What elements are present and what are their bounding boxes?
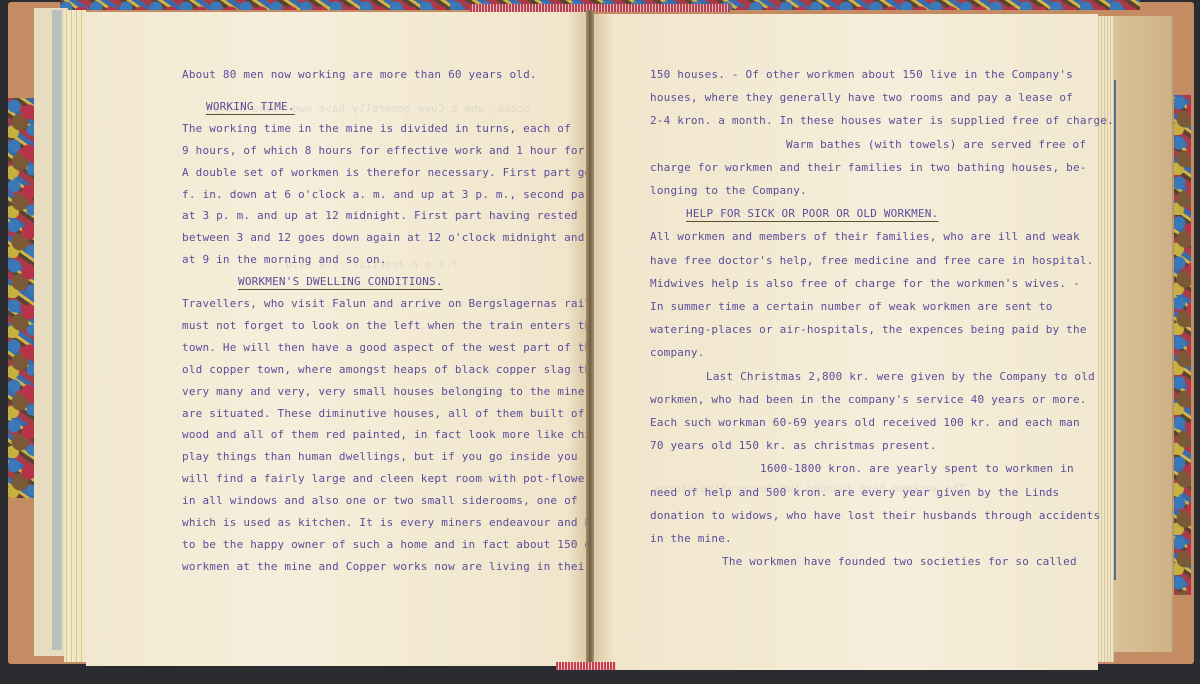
text-line: Travellers, who visit Falun and arrive o… (182, 297, 619, 311)
text-line: must not forget to look on the left when… (182, 319, 598, 333)
text-line: old copper town, where amongst heaps of … (182, 363, 598, 377)
section-heading: HELP FOR SICK OR POOR OR OLD WORKMEN. (686, 207, 938, 221)
headband-bottom (556, 662, 616, 670)
text-line: very many and very, very small houses be… (182, 385, 598, 399)
text-line: donation to widows, who have lost their … (650, 509, 1100, 523)
text-line: between 3 and 12 goes down again at 12 o… (182, 231, 605, 245)
right-page-text: 150 houses. - Of other workmen about 150… (650, 68, 1090, 658)
text-line: The working time in the mine is divided … (182, 122, 571, 136)
text-line: Warm bathes (with towels) are served fre… (786, 138, 1086, 152)
text-line: All workmen and members of their familie… (650, 230, 1080, 244)
text-line: will find a fairly large and cleen kept … (182, 472, 598, 486)
right-page: The workmen have founded two cooperative… (594, 14, 1098, 670)
text-line: Midwives help is also free of charge for… (650, 277, 1080, 291)
text-line: watering-places or air-hospitals, the ex… (650, 323, 1087, 337)
endpaper-right (1114, 16, 1174, 652)
headband-top (470, 4, 730, 12)
text-line: company. (650, 346, 705, 360)
text-line: 9 hours, of which 8 hours for effective … (182, 144, 625, 158)
marbled-board-right (1173, 95, 1191, 595)
text-line: About 80 men now working are more than 6… (182, 68, 537, 82)
text-line: workmen, who had been in the company's s… (650, 393, 1087, 407)
text-line: which is used as kitchen. It is every mi… (182, 516, 612, 530)
text-line: have free doctor's help, free medicine a… (650, 254, 1093, 268)
text-line: houses, where they generally have two ro… (650, 91, 1073, 105)
gilt-page-edges-left (64, 10, 86, 662)
marbled-board-left (8, 98, 34, 498)
page-edges-left (34, 8, 68, 656)
section-heading: WORKING TIME. (206, 100, 295, 114)
text-line: The workmen have founded two societies f… (722, 555, 1077, 569)
text-line: need of help and 500 kron. are every yea… (650, 486, 1059, 500)
text-line: charge for workmen and their families in… (650, 161, 1087, 175)
text-line: 1600-1800 kron. are yearly spent to work… (760, 462, 1074, 476)
text-line: Each such workman 60-69 years old receiv… (650, 416, 1080, 430)
text-line: In summer time a certain number of weak … (650, 300, 1053, 314)
text-line: Last Christmas 2,800 kr. were given by t… (706, 370, 1095, 384)
text-line: longing to the Company. (650, 184, 807, 198)
text-line: in the mine. (650, 532, 732, 546)
text-line: are situated. These diminutive houses, a… (182, 407, 585, 421)
text-line: 2-4 kron. a month. In these houses water… (650, 114, 1114, 128)
text-line: A double set of workmen is therefor nece… (182, 166, 605, 180)
section-heading: WORKMEN'S DWELLING CONDITIONS. (238, 275, 443, 289)
text-line: at 9 in the morning and so on. (182, 253, 387, 267)
text-line: at 3 p. m. and up at 12 midnight. First … (182, 209, 578, 223)
text-line: 150 houses. - Of other workmen about 150… (650, 68, 1073, 82)
text-line: 70 years old 150 kr. as christmas presen… (650, 439, 937, 453)
left-page: ocess, whe e Cove generally have ewo roo… (86, 12, 586, 666)
left-page-text: About 80 men now working are more than 6… (182, 68, 582, 658)
text-line: play things than human dwellings, but if… (182, 450, 578, 464)
text-line: town. He will then have a good aspect of… (182, 341, 598, 355)
text-line: to be the happy owner of such a home and… (182, 538, 598, 552)
text-line: in all windows and also one or two small… (182, 494, 578, 508)
page-edges-left-shadow (52, 10, 62, 650)
document-scan: ocess, whe e Cove generally have ewo roo… (0, 0, 1200, 684)
text-line: workmen at the mine and Copper works now… (182, 560, 619, 574)
text-line: f. in. down at 6 o'clock a. m. and up at… (182, 188, 632, 202)
book-gutter (586, 10, 594, 670)
page-edges-right (1096, 16, 1114, 662)
text-line: wood and all of them red painted, in fac… (182, 428, 632, 442)
